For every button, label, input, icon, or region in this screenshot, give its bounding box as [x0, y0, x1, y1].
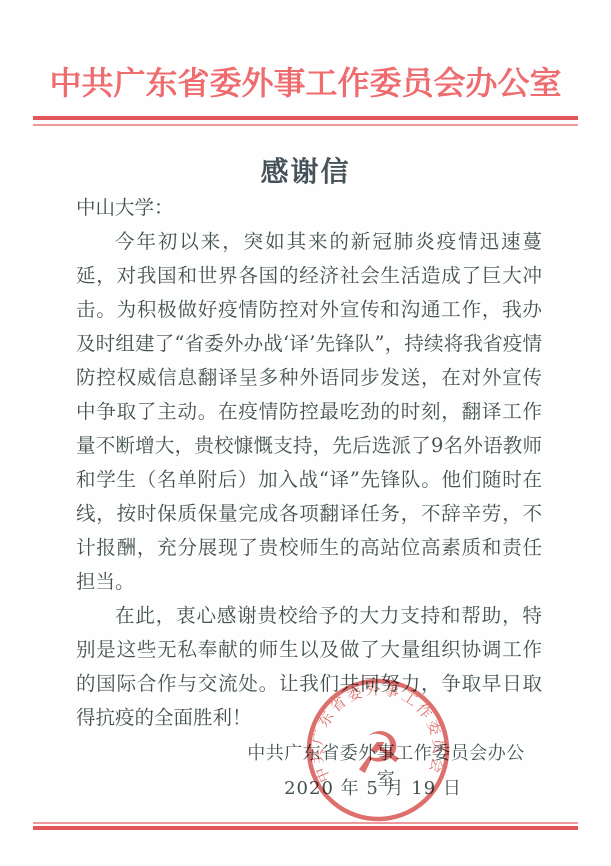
letter-page: 中共广东省委外事工作委员会办公室 感谢信 中山大学： 今年初以来，突如其来的新冠…: [0, 0, 611, 866]
letterhead-rule-thin: [33, 124, 578, 126]
footer-rule-thin: [33, 822, 578, 824]
letterhead-org-name: 中共广东省委外事工作委员会办公室: [0, 58, 611, 104]
letter-body: 中山大学： 今年初以来，突如其来的新冠肺炎疫情迅速蔓延，对我国和世界各国的经济社…: [76, 191, 542, 735]
official-seal: 中共广东省委外事工作委员会办公室 ☭: [299, 671, 457, 829]
salutation: 中山大学：: [76, 191, 542, 225]
letterhead-rule-thick: [33, 116, 578, 120]
footer-rule-thick: [33, 826, 578, 830]
letter-title: 感谢信: [0, 150, 611, 190]
hammer-sickle-emblem-icon: ☭: [351, 719, 406, 787]
body-paragraph-1: 今年初以来，突如其来的新冠肺炎疫情迅速蔓延，对我国和世界各国的经济社会生活造成了…: [76, 225, 542, 599]
